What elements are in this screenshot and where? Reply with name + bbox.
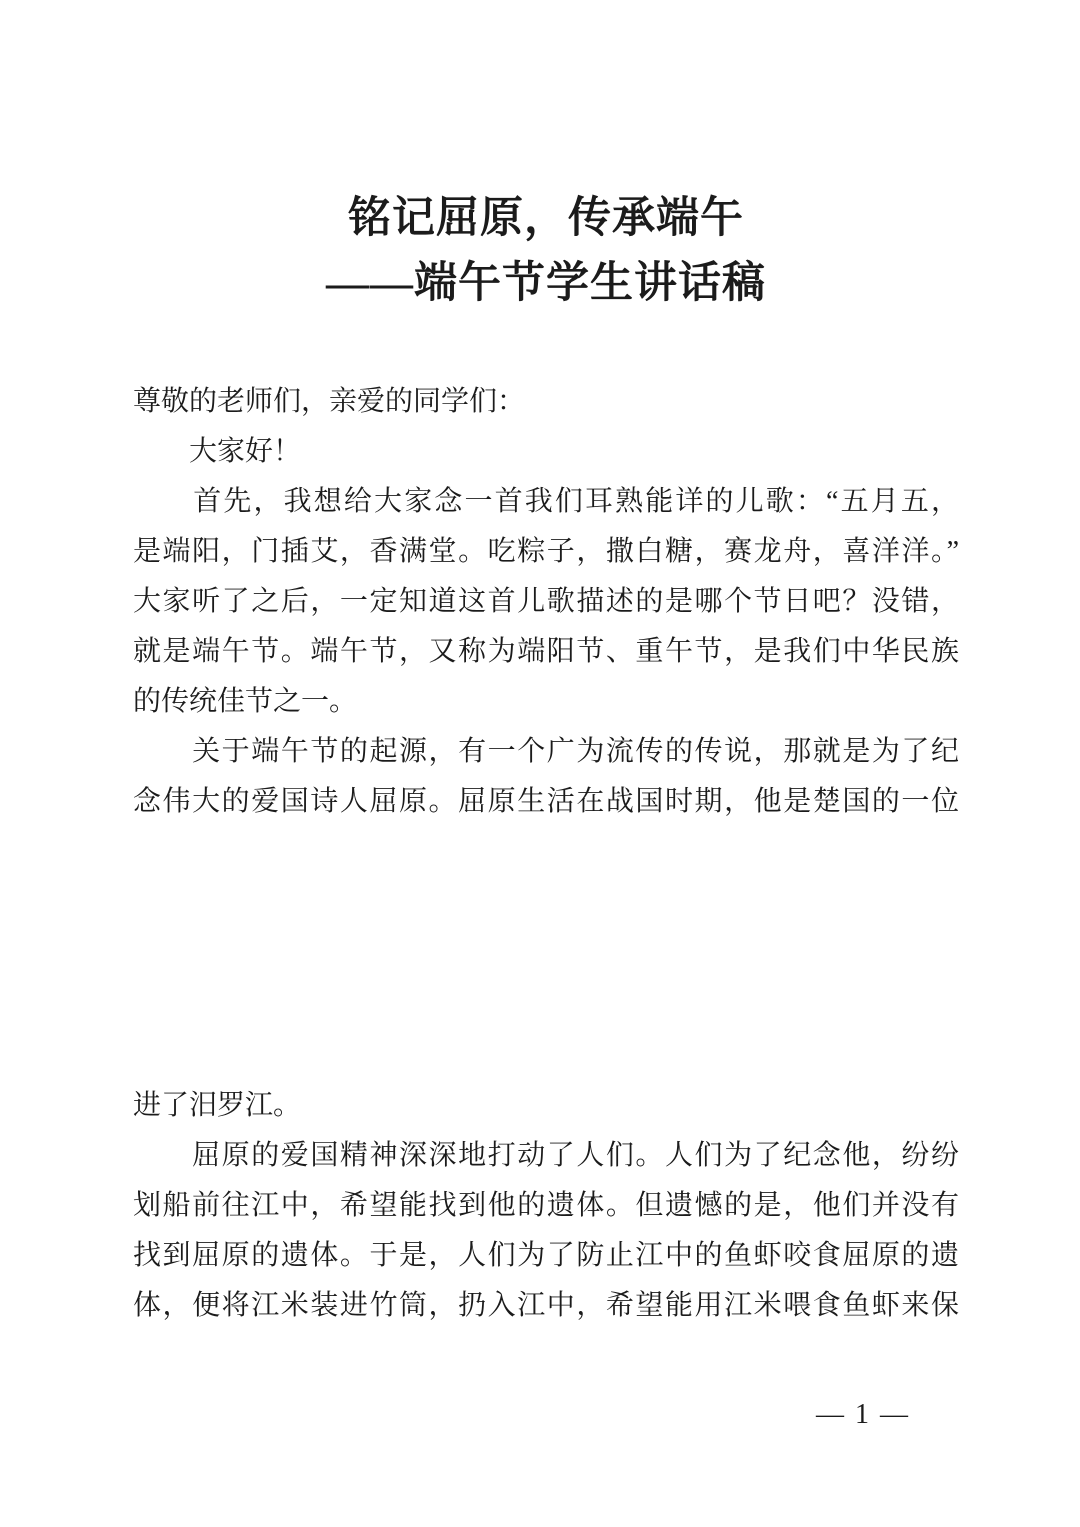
body-line: 找到屈原的遗体。于是，人们为了防止江中的鱼虾咬食屈原的遗 xyxy=(133,1231,959,1281)
body-line: 进了汨罗江。 xyxy=(133,1081,959,1131)
text-column: 铭记屈原，传承端午 ——端午节学生讲话稿 尊敬的老师们，亲爱的同学们： 大家好！… xyxy=(133,0,959,1435)
body-line: 大家听了之后，一定知道这首儿歌描述的是哪个节日吧？没错， xyxy=(133,577,959,627)
body-text: 尊敬的老师们，亲爱的同学们： 大家好！ 首先，我想给大家念一首我们耳熟能详的儿歌… xyxy=(133,377,959,1331)
page-number: — 1 — xyxy=(133,1395,959,1435)
title-block: 铭记屈原，传承端午 ——端午节学生讲话稿 xyxy=(133,186,959,316)
body-line: 就是端午节。端午节，又称为端阳节、重午节，是我们中华民族 xyxy=(133,627,959,677)
body-line: 体，便将江米装进竹筒，扔入江中，希望能用江米喂食鱼虾来保 xyxy=(133,1281,959,1331)
body-line: 是端阳，门插艾，香满堂。吃粽子，撒白糖，赛龙舟，喜洋洋。” xyxy=(133,527,959,577)
document-title: 铭记屈原，传承端午 xyxy=(133,186,959,251)
blank-gap xyxy=(133,827,959,1081)
body-line: 关于端午节的起源，有一个广为流传的传说，那就是为了纪 xyxy=(133,727,959,777)
document-page: 铭记屈原，传承端午 ——端午节学生讲话稿 尊敬的老师们，亲爱的同学们： 大家好！… xyxy=(0,0,1080,1527)
body-line: 划船前往江中，希望能找到他的遗体。但遗憾的是，他们并没有 xyxy=(133,1181,959,1231)
body-line: 的传统佳节之一。 xyxy=(133,677,959,727)
body-line-greeting: 大家好！ xyxy=(133,427,959,477)
body-line: 首先，我想给大家念一首我们耳熟能详的儿歌：“五月五， xyxy=(133,477,959,527)
document-subtitle: ——端午节学生讲话稿 xyxy=(133,251,959,316)
body-line-salutation: 尊敬的老师们，亲爱的同学们： xyxy=(133,377,959,427)
body-line: 屈原的爱国精神深深地打动了人们。人们为了纪念他，纷纷 xyxy=(133,1131,959,1181)
body-line: 念伟大的爱国诗人屈原。屈原生活在战国时期，他是楚国的一位 xyxy=(133,777,959,827)
